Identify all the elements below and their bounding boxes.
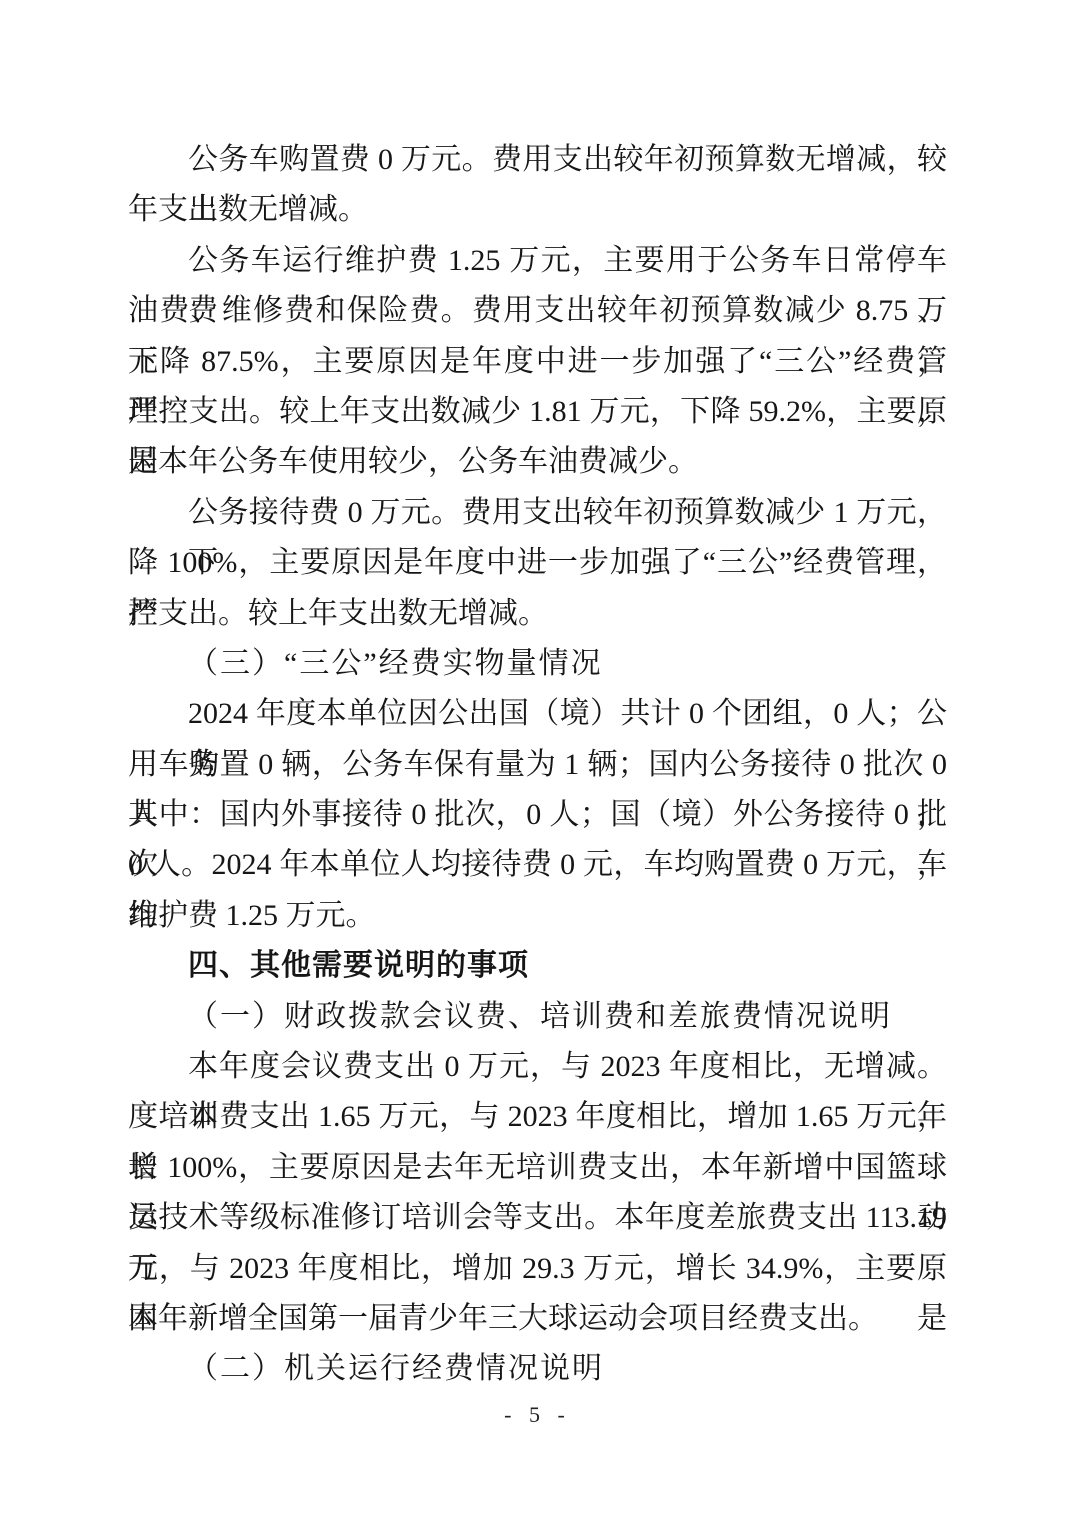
body-line: 公务车运行维护费 1.25 万元，主要用于公务车日常停车费、 (128, 236, 947, 286)
body-line: 度培训费支出 1.65 万元，与 2023 年度相比，增加 1.65 万元，增 (128, 1092, 947, 1142)
body-line: 维护费 1.25 万元。 (128, 891, 947, 941)
subsection-heading: （一）财政拨款会议费、培训费和差旅费情况说明 (128, 992, 947, 1042)
body-line: 员技术等级标准修订培训会等支出。本年度差旅费支出 113.19 万 (128, 1193, 947, 1243)
body-line: 本年新增全国第一届青少年三大球运动会项目经费支出。 (128, 1294, 947, 1344)
body-line: 严控支出。较上年支出数减少 1.81 万元，下降 59.2%，主要原因 (128, 387, 947, 437)
section-heading: 四、其他需要说明的事项 (128, 941, 947, 991)
subsection-heading: （二）机关运行经费情况说明 (128, 1344, 947, 1394)
body-line: 公务接待费 0 万元。费用支出较年初预算数减少 1 万元，下 (128, 488, 947, 538)
body-line: 0 人。2024 年本单位人均接待费 0 元，车均购置费 0 万元，车均 (128, 840, 947, 890)
body-line: 其中：国内外事接待 0 批次，0 人；国（境）外公务接待 0 批次， (128, 790, 947, 840)
body-line: 油费、维修费和保险费。费用支出较年初预算数减少 8.75 万元， (128, 286, 947, 336)
body-line: 2024 年度本单位因公出国（境）共计 0 个团组，0 人；公务 (128, 689, 947, 739)
text-column: 公务车购置费 0 万元。费用支出较年初预算数无增减，较上 年支出数无增减。 公务… (128, 135, 947, 1395)
body-line: 是本年公务车使用较少，公务车油费减少。 (128, 437, 947, 487)
body-line: 本年度会议费支出 0 万元，与 2023 年度相比，无增减。本年 (128, 1042, 947, 1092)
document-page: 公务车购置费 0 万元。费用支出较年初预算数无增减，较上 年支出数无增减。 公务… (0, 0, 1075, 1520)
body-line: 控支出。较上年支出数无增减。 (128, 589, 947, 639)
body-line: 年支出数无增减。 (128, 185, 947, 235)
body-line: 下降 87.5%，主要原因是年度中进一步加强了“三公”经费管理， (128, 337, 947, 387)
body-line: 长 100%，主要原因是去年无培训费支出，本年新增中国篮球运动 (128, 1143, 947, 1193)
page-number: - 5 - (0, 1402, 1075, 1428)
body-line: 公务车购置费 0 万元。费用支出较年初预算数无增减，较上 (128, 135, 947, 185)
body-line: 元，与 2023 年度相比，增加 29.3 万元，增长 34.9%，主要原因是 (128, 1244, 947, 1294)
body-line: 用车购置 0 辆，公务车保有量为 1 辆；国内公务接待 0 批次 0 人， (128, 740, 947, 790)
body-line: 降 100%，主要原因是年度中进一步加强了“三公”经费管理，严 (128, 538, 947, 588)
subsection-heading: （三）“三公”经费实物量情况 (128, 639, 947, 689)
